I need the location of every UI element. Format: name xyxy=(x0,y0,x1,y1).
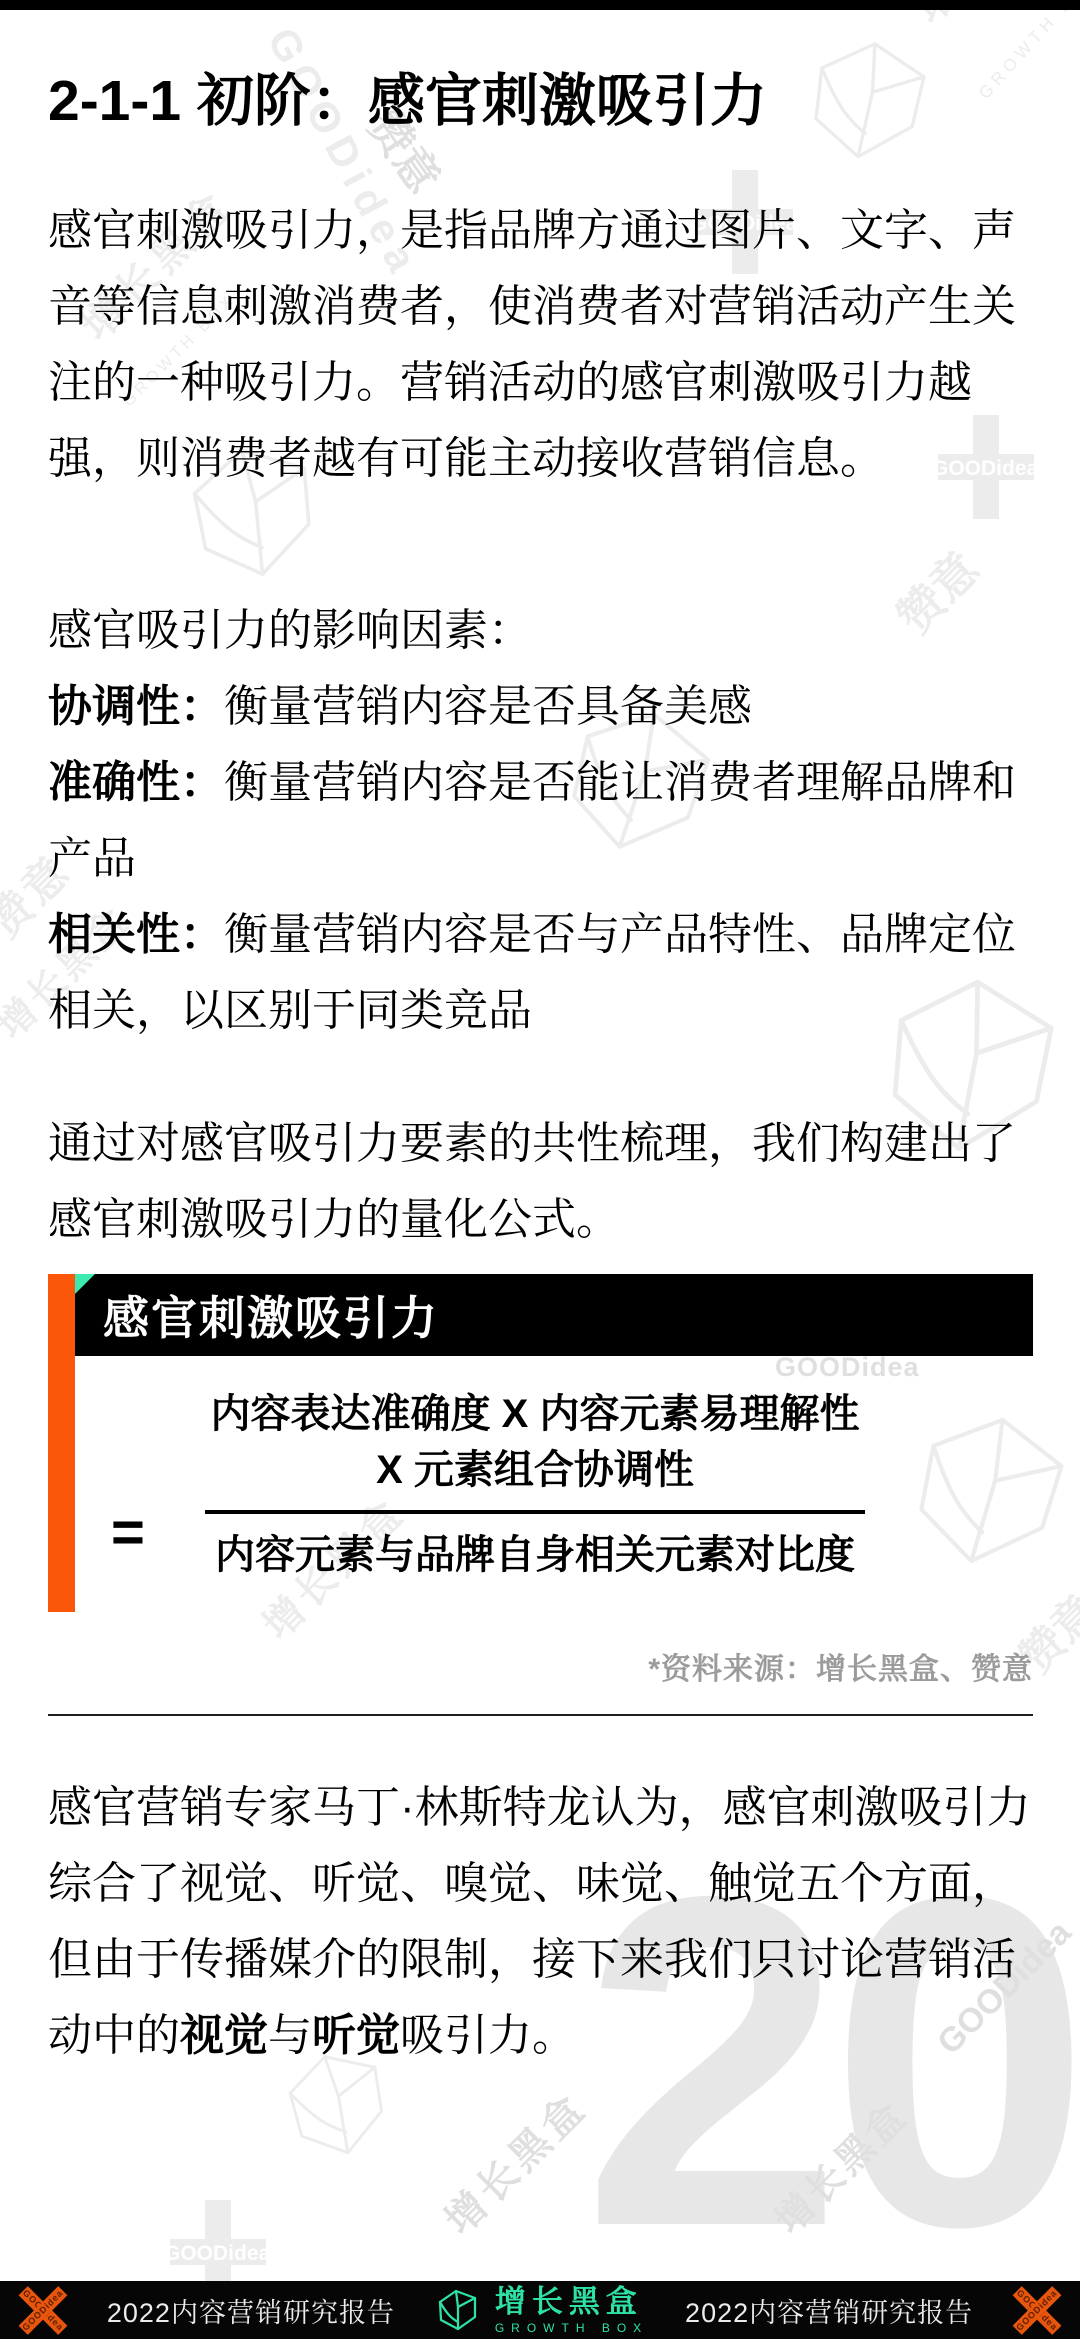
formula-numerator-line2: X 元素组合协调性 xyxy=(187,1442,883,1498)
page-title: 2-1-1 初阶：感官刺激吸引力 xyxy=(48,70,1033,133)
formula-intro-paragraph: 通过对感官吸引力要素的共性梳理，我们构建出了感官刺激吸引力的量化公式。 xyxy=(48,1106,1033,1258)
growth-box-wordmark: 增长黑盒 GROWTH BOX xyxy=(495,2286,648,2334)
watermark-growthbox-text: 增长黑盒 xyxy=(430,2078,598,2246)
top-accent-bar xyxy=(0,0,1080,10)
fraction-line xyxy=(205,1510,865,1514)
formula-numerator-line1: 内容表达准确度 X 内容元素易理解性 xyxy=(187,1386,883,1442)
factor-desc: 衡量营销内容是否具备美感 xyxy=(224,682,752,731)
growth-box-logo: 增长黑盒 GROWTH BOX xyxy=(432,2285,648,2335)
formula-body: = 内容表达准确度 X 内容元素易理解性 X 元素组合协调性 内容元素与品牌自身… xyxy=(75,1356,1033,1612)
formula-fraction: 内容表达准确度 X 内容元素易理解性 X 元素组合协调性 内容元素与品牌自身相关… xyxy=(187,1386,1033,1586)
formula-denominator: 内容元素与品牌自身相关元素对比度 xyxy=(187,1524,883,1586)
closing-bold-visual: 视觉 xyxy=(180,2011,268,2060)
goodidea-x-logo: GOODidea GOODidea xyxy=(16,2286,70,2334)
formula-accent-bar xyxy=(48,1274,75,1612)
closing-paragraph: 感官营销专家马丁·林斯特龙认为，感官刺激吸引力综合了视觉、听觉、嗅觉、味觉、触觉… xyxy=(48,1770,1033,2074)
factor-item: 相关性：衡量营销内容是否与产品特性、品牌定位相关，以区别于同类竞品 xyxy=(48,897,1033,1049)
closing-text: 吸引力。 xyxy=(400,2011,576,2060)
factor-term: 相关性： xyxy=(48,910,224,959)
intro-paragraph: 感官刺激吸引力，是指品牌方通过图片、文字、声音等信息刺激消费者，使消费者对营销活… xyxy=(48,193,1033,497)
footer-bar: GOODidea GOODidea 2022内容营销研究报告 增长黑盒 GROW… xyxy=(0,2281,1080,2339)
goodidea-x-logo: GOODidea GOODidea xyxy=(1010,2286,1064,2334)
page-content: 2-1-1 初阶：感官刺激吸引力 感官刺激吸引力，是指品牌方通过图片、文字、声音… xyxy=(0,70,1080,2074)
report-page: 20 GOODidea 赞意 增长黑盒 GROWTH BOX GOODidea … xyxy=(0,0,1080,2339)
factors-intro: 感官吸引力的影响因素： xyxy=(48,593,1033,669)
closing-bold-auditory: 听觉 xyxy=(312,2011,400,2060)
growth-box-cn-label: 增长黑盒 xyxy=(495,2286,648,2317)
formula-box: 感官刺激吸引力 = 内容表达准确度 X 内容元素易理解性 X 元素组合协调性 内… xyxy=(48,1274,1033,1612)
growth-box-cube-icon xyxy=(432,2285,482,2335)
footer-report-label-left: 2022内容营销研究报告 xyxy=(107,2291,395,2330)
formula-main: 感官刺激吸引力 = 内容表达准确度 X 内容元素易理解性 X 元素组合协调性 内… xyxy=(75,1274,1033,1612)
factor-item: 准确性：衡量营销内容是否能让消费者理解品牌和产品 xyxy=(48,745,1033,897)
formula-corner-triangle xyxy=(75,1274,95,1294)
equals-sign: = xyxy=(75,1504,187,1586)
growth-box-en-label: GROWTH BOX xyxy=(495,2322,648,2334)
source-note: *资料来源：增长黑盒、赞意 xyxy=(48,1644,1033,1688)
formula-header: 感官刺激吸引力 xyxy=(75,1274,1033,1356)
factors-block: 感官吸引力的影响因素： 协调性：衡量营销内容是否具备美感 准确性：衡量营销内容是… xyxy=(48,593,1033,1049)
watermark-goodidea-text: GOODidea xyxy=(164,2242,270,2266)
factor-term: 协调性： xyxy=(48,682,224,731)
closing-text: 与 xyxy=(268,2011,312,2060)
footer-report-label-right: 2022内容营销研究报告 xyxy=(685,2291,973,2330)
factor-item: 协调性：衡量营销内容是否具备美感 xyxy=(48,669,1033,745)
factor-term: 准确性： xyxy=(48,758,224,807)
watermark-cross-bar xyxy=(170,2239,266,2265)
section-divider xyxy=(48,1714,1033,1716)
